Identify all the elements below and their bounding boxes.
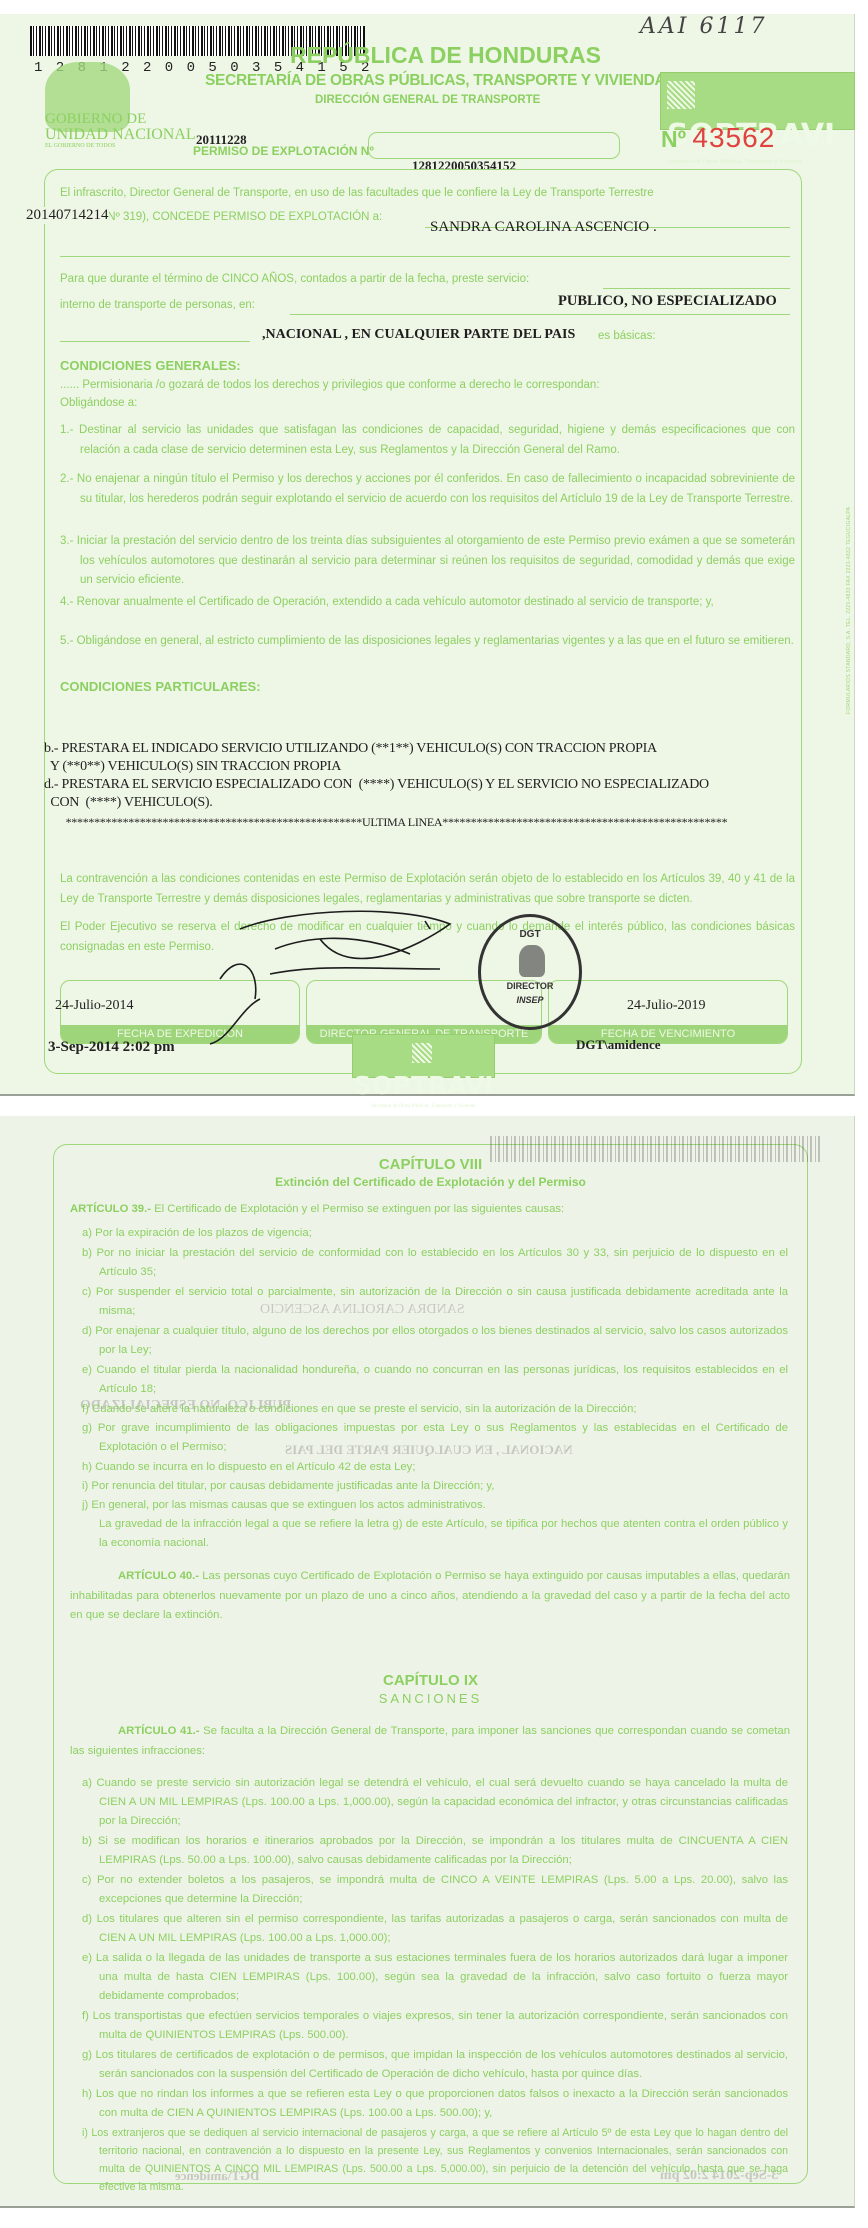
contravention-notice: La contravención a las condiciones conte… (60, 870, 795, 909)
gov-logo-line1: GOBIERNO DE (45, 112, 196, 127)
blank-underline (60, 256, 790, 257)
gravity-note: La gravedad de la infracción legal a que… (82, 1515, 788, 1553)
particular-line-b2: Y (**0**) VEHICULO(S) SIN TRACCION PROPI… (44, 758, 341, 776)
handwritten-note: AAI 6117 (640, 14, 767, 39)
soptravi-subtitle-bottom: Secretaría de Obras Públicas, Transporte… (353, 1103, 494, 1111)
user-tag: DGT\amidence (576, 1037, 661, 1053)
print-timestamp: 3-Sep-2014 2:02 pm (48, 1039, 175, 1056)
grantee-name: SANDRA CAROLINA ASCENCIO . (430, 219, 657, 236)
printer-imprint: FORMULARIOS STANDARD, S.A. TEL. 2221-483… (846, 424, 856, 714)
art39-item-i: i) Por renuncia del titular, por causas … (82, 1477, 788, 1496)
service-underline-2 (290, 314, 790, 315)
permit-number-field (368, 132, 620, 159)
article-39-intro: ARTÍCULO 39.- El Certificado de Explotac… (70, 1200, 790, 1220)
general-condition-4: 4.- Renovar anualmente el Certificado de… (60, 593, 795, 613)
general-condition-3: 3.- Iniciar la prestación del servicio d… (60, 532, 795, 591)
art41-item-g: g) Los titulares de certificados de expl… (82, 2046, 788, 2084)
service-line: interno de transporte de personas, en: (60, 296, 255, 315)
art41-item-h: h) Los que no rindan los informes a que … (82, 2085, 788, 2123)
scope-suffix: es básicas: (598, 327, 656, 346)
country-title: REPÚBLICA DE HONDURAS (290, 42, 601, 69)
art41-item-c: c) Por no extender boletos a los pasajer… (82, 1871, 788, 1909)
soptravi-subtitle: Secretaría de Obras Públicas, Transporte… (667, 157, 854, 167)
stamp-emblem-icon (519, 945, 545, 977)
stamp-top-text: DGT (481, 929, 579, 940)
obligation-label: Obligándose a: (60, 394, 137, 413)
art39-item-e: e) Cuando el titular pierda la nacionali… (82, 1361, 788, 1399)
art39-item-d: d) Por enajenar a cualquier título, algu… (82, 1322, 788, 1360)
chapter-8-title: CAPÍTULO VIII (53, 1156, 808, 1173)
director-signature (200, 909, 480, 1049)
particular-line-b: b.- PRESTARA EL INDICADO SERVICIO UTILIZ… (44, 740, 657, 758)
art41-item-a: a) Cuando se preste servicio sin autoriz… (82, 1774, 788, 1831)
grant-line-1: El infrascrito, Director General de Tran… (60, 184, 654, 203)
particular-line-d2: CON (****) VEHICULO(S). (44, 794, 213, 812)
service-scope: ,NACIONAL , EN CUALQUIER PARTE DEL PAIS (262, 327, 575, 343)
article-40: ARTÍCULO 40.- Las personas cuyo Certific… (70, 1567, 790, 1626)
art39-item-h: h) Cuando se incurra en lo dispuesto en … (82, 1458, 788, 1477)
last-line-marker: ****************************************… (44, 813, 727, 831)
expiry-date: 24-Julio-2019 (627, 998, 706, 1014)
stamp-middle-text: DIRECTOR (481, 981, 579, 991)
art39-item-c: c) Por suspender el servicio total o par… (82, 1283, 788, 1321)
soptravi-emblem-icon (667, 81, 695, 109)
chapter-9-subtitle: SANCIONES (53, 1691, 808, 1706)
general-condition-2: 2.- No enajenar a ningún título el Permi… (60, 470, 795, 509)
art39-item-a: a) Por la expiración de los plazos de vi… (82, 1224, 788, 1243)
art41-item-d: d) Los titulares que alteren sin el perm… (82, 1910, 788, 1948)
grant-reference: 20140714214 (26, 207, 109, 224)
term-line: Para que durante el término de CINCO AÑO… (60, 270, 529, 289)
particular-conditions-heading: CONDICIONES PARTICULARES: (60, 679, 261, 694)
general-conditions-intro: ...... Permisionaria /o gozará de todos … (60, 376, 600, 395)
chapter-9-title: CAPÍTULO IX (53, 1672, 808, 1689)
folio-value: 43562 (692, 122, 775, 153)
soptravi-logo-bottom: SOPTRAVI Secretaría de Obras Públicas, T… (352, 1034, 495, 1078)
art39-item-g: g) Por grave incumplimiento de las oblig… (82, 1419, 788, 1457)
art41-item-f: f) Los transportistas que efectúen servi… (82, 2007, 788, 2045)
art41-item-i: i) Los extranjeros que se dediquen al se… (82, 2124, 788, 2196)
art41-item-b: b) Si se modifican los horarios e itiner… (82, 1832, 788, 1870)
permit-back-page: SANDRA CAROLINA ASCENCIO PUBLICO, NO ESP… (0, 1116, 855, 2208)
directorate-title: DIRECCIÓN GENERAL DE TRANSPORTE (315, 94, 540, 106)
art39-item-j: j) En general, por las mismas causas que… (82, 1496, 788, 1515)
soptravi-name-bottom: SOPTRAVI (353, 1071, 493, 1100)
article-39-text: El Certificado de Explotación y el Permi… (154, 1203, 564, 1215)
issue-date: 24-Julio-2014 (55, 998, 134, 1014)
government-logo: GOBIERNO DE UNIDAD NACIONAL EL GOBIERNO … (45, 112, 196, 149)
service-underline-1 (603, 288, 790, 289)
article-39-label: ARTÍCULO 39.- (70, 1203, 151, 1215)
stamp-bottom-text: INSEP (481, 995, 579, 1005)
general-conditions-heading: CONDICIONES GENERALES: (60, 358, 241, 373)
gov-logo-line2: UNIDAD NACIONAL (45, 127, 196, 143)
art41-item-e: e) La salida o la llegada de las unidade… (82, 1949, 788, 2006)
soptravi-emblem-icon (412, 1043, 432, 1063)
folio-label: Nº (661, 126, 686, 152)
scope-underline (60, 341, 250, 342)
art39-item-f: f) Cuando se altere la naturaleza o cond… (82, 1400, 788, 1419)
general-condition-5: 5.- Obligándose en general, al estricto … (60, 632, 795, 652)
official-stamp: DGT DIRECTOR INSEP (478, 914, 582, 1030)
permit-front-page: 1281220050354152 AAI 6117 GOBIERNO DE UN… (0, 14, 855, 1096)
gov-logo-line3: EL GOBIERNO DE TODOS (45, 143, 196, 149)
folio-number: Nº 43562 (661, 122, 775, 154)
article-40-label: ARTÍCULO 40.- (118, 1570, 199, 1582)
article-41-intro: ARTÍCULO 41.- Se faculta a la Dirección … (70, 1722, 790, 1761)
general-condition-1: 1.- Destinar al servicio las unidades qu… (60, 421, 795, 460)
permit-number-label: PERMISO DE EXPLOTACIÓN Nº (193, 144, 374, 158)
article-41-label: ARTÍCULO 41.- (118, 1725, 200, 1737)
service-type: PUBLICO, NO ESPECIALIZADO (558, 293, 777, 310)
particular-line-d: d.- PRESTARA EL SERVICIO ESPECIALIZADO C… (44, 776, 709, 794)
ministry-title: SECRETARÍA DE OBRAS PÚBLICAS, TRANSPORTE… (205, 72, 665, 90)
chapter-8-subtitle: Extinción del Certificado de Explotación… (53, 1175, 808, 1189)
art39-item-b: b) Por no iniciar la prestación del serv… (82, 1244, 788, 1282)
